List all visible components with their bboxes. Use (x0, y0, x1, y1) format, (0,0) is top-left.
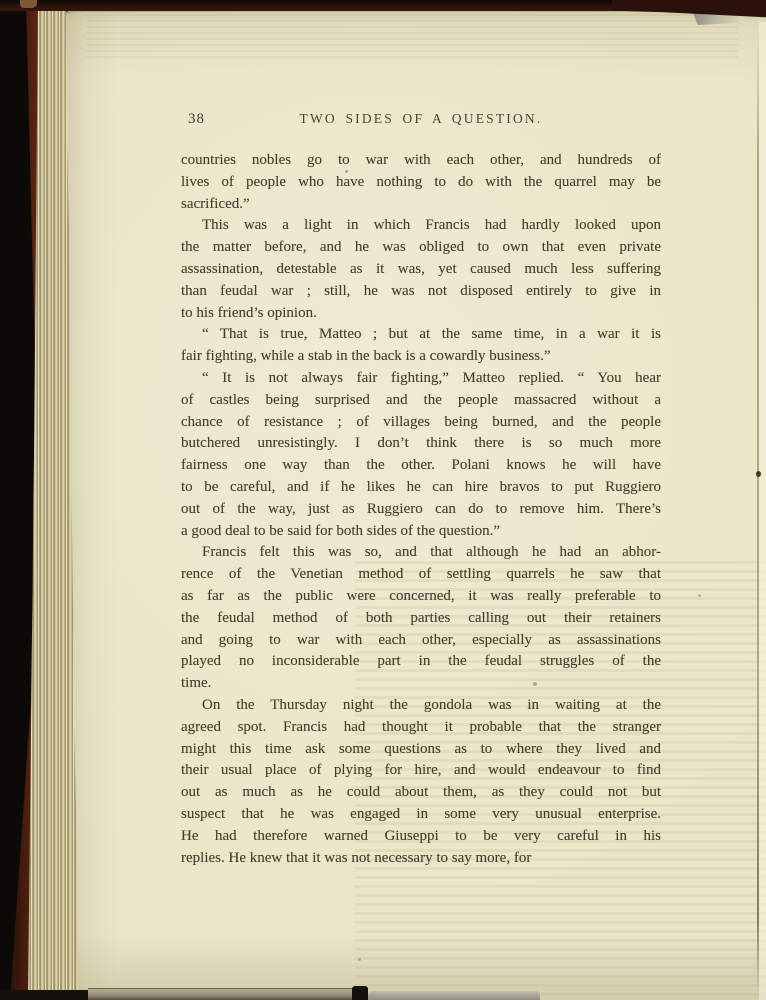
page-number: 38 (188, 111, 205, 128)
text-line: to be careful, and if he likes he can hi… (181, 477, 661, 499)
text-line: of castles being surprised and the peopl… (181, 390, 661, 412)
text-line: This was a light in which Francis had ha… (181, 215, 661, 237)
text-line: He had therefore warned Giuseppi to be v… (181, 826, 661, 848)
cover-corner-knob (20, 0, 37, 8)
text-line: rence of the Venetian method of settling… (181, 564, 661, 586)
page-right-crease (757, 30, 759, 995)
text-line: might this time ask some questions as to… (181, 739, 661, 761)
text-line: chance of resistance ; of villages being… (181, 412, 661, 434)
page-right-edge (759, 22, 766, 1000)
text-line: time. (181, 673, 661, 695)
bottom-page-edge-bar (368, 991, 540, 1000)
text-line: replies. He knew that it was not necessa… (181, 848, 661, 870)
bottom-shadow (0, 990, 96, 1000)
text-line: sacrificed.” (181, 194, 661, 216)
text-line: a good deal to be said for both sides of… (181, 521, 661, 543)
text-line: out as much as he could about them, as t… (181, 782, 661, 804)
text-line: butchered unresistingly. I don’t think t… (181, 433, 661, 455)
text-line: the matter before, and he was obliged to… (181, 237, 661, 259)
text-line: countries nobles go to war with each oth… (181, 150, 661, 172)
text-line: agreed spot. Francis had thought it prob… (181, 717, 661, 739)
page-edge-speck (756, 471, 761, 477)
foxing-speck (358, 958, 361, 961)
text-line: out of the way, just as Ruggiero can do … (181, 499, 661, 521)
text-line: and going to war with each other, especi… (181, 630, 661, 652)
book-photo: 38 TWO SIDES OF A QUESTION. countries no… (0, 0, 766, 1000)
text-line: Francis felt this was so, and that altho… (181, 542, 661, 564)
text-line: suspect that he was engaged in some very… (181, 804, 661, 826)
text-line: as far as the public were concerned, it … (181, 586, 661, 608)
book-page: 38 TWO SIDES OF A QUESTION. countries no… (58, 9, 766, 1000)
running-title: TWO SIDES OF A QUESTION. (181, 111, 661, 127)
paper-texture-top (86, 10, 737, 62)
text-block: countries nobles go to war with each oth… (181, 150, 661, 869)
text-line: the feudal method of both parties callin… (181, 608, 661, 630)
text-line: played no inconsiderable part in the feu… (181, 651, 661, 673)
foxing-speck (698, 594, 701, 597)
text-line: assassination, detestable as it was, yet… (181, 259, 661, 281)
text-line: their usual place of plying for hire, an… (181, 760, 661, 782)
page-edge-stack-bottom (88, 988, 366, 1000)
text-line: fairness one way than the other. Polani … (181, 455, 661, 477)
page-header: 38 TWO SIDES OF A QUESTION. (181, 111, 661, 131)
text-line: “ It is not always fair fighting,” Matte… (181, 368, 661, 390)
text-line: “ That is true, Matteo ; but at the same… (181, 324, 661, 346)
text-line: lives of people who have nothing to do w… (181, 172, 661, 194)
text-line: to his friend’s opinion. (181, 303, 661, 325)
text-line: On the Thursday night the gondola was in… (181, 695, 661, 717)
text-line: than feudal war ; still, he was not disp… (181, 281, 661, 303)
text-line: fair fighting, while a stab in the back … (181, 346, 661, 368)
bottom-bookmark-notch (352, 986, 368, 1000)
